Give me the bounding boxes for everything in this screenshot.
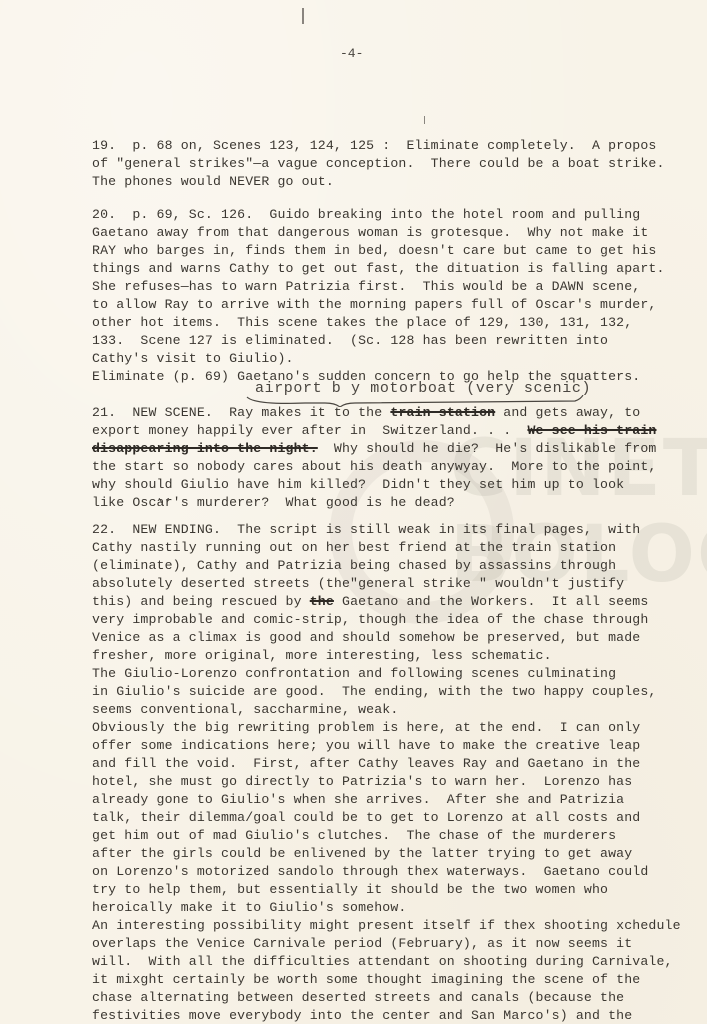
text-line: Cathy nastily running out on her best fr…: [92, 539, 616, 557]
text-line: already gone to Giulio's when she arrive…: [92, 791, 624, 809]
text-line: seems conventional, saccharmine, weak.: [92, 701, 398, 719]
text-line: heroically make it to Giulio's somehow.: [92, 899, 407, 917]
text-line: this) and being rescued by the Gaetano a…: [92, 593, 648, 611]
text-segment: 21. NEW SCENE. Ray makes it to the: [92, 405, 390, 420]
page-number: -4-: [340, 46, 363, 61]
text-line: An interesting possibility might present…: [92, 917, 681, 935]
text-line: chase alternating between deserted stree…: [92, 989, 624, 1007]
text-line: after the girls could be enlivened by th…: [92, 845, 632, 863]
text-line: overlaps the Venice Carnivale period (Fe…: [92, 935, 632, 953]
text-line: of "general strikes"—a vague conception.…: [92, 155, 665, 173]
text-segment: Why should he die? He's dislikable from: [318, 441, 657, 456]
text-line: Cathy's visit to Giulio).: [92, 350, 294, 368]
struck-text: the: [310, 594, 334, 609]
text-line: offer some indications here; you will ha…: [92, 737, 640, 755]
pencil-mark: [424, 116, 425, 124]
text-line: fresher, more original, more interesting…: [92, 647, 552, 665]
text-line: 20. p. 69, Sc. 126. Guido breaking into …: [92, 206, 640, 224]
text-line: Obviously the big rewriting problem is h…: [92, 719, 640, 737]
struck-text: disappearing into the night.: [92, 441, 318, 456]
text-line: 133. Scene 127 is eliminated. (Sc. 128 h…: [92, 332, 608, 350]
text-line: (eliminate), Cathy and Patrizia being ch…: [92, 557, 616, 575]
text-segment: Gaetano and the Workers. It all seems: [334, 594, 649, 609]
text-line: other hot items. This scene takes the pl…: [92, 314, 632, 332]
text-line: 21. NEW SCENE. Ray makes it to the train…: [92, 404, 640, 422]
text-line: and fill the void. First, after Cathy le…: [92, 755, 640, 773]
text-line: disappearing into the night. Why should …: [92, 440, 656, 458]
text-line: to allow Ray to arrive with the morning …: [92, 296, 656, 314]
text-line: talk, their dilemma/goal could be to get…: [92, 809, 640, 827]
struck-text: We see his train: [527, 423, 656, 438]
text-line: why should Giulio have him killed? Didn'…: [92, 476, 624, 494]
text-line: it mixght certainly be worth some though…: [92, 971, 640, 989]
text-line: the start so nobody cares about his deat…: [92, 458, 656, 476]
text-line: The Giulio-Lorenzo confrontation and fol…: [92, 665, 616, 683]
typewritten-page: CINETECA BOLOGNA -4- 19. p. 68 on, Scene…: [0, 0, 707, 1024]
pencil-mark: [302, 8, 304, 24]
text-line: like Oscar's murderer? What good is he d…: [92, 494, 455, 512]
text-line: will. With all the difficulties attendan…: [92, 953, 673, 971]
text-segment: and gets away, to: [495, 405, 640, 420]
text-segment: this) and being rescued by: [92, 594, 310, 609]
text-line: absolutely deserted streets (the"general…: [92, 575, 624, 593]
text-line: festivities move everybody into the cent…: [92, 1007, 632, 1024]
text-line: She refuses—has to warn Patrizia first. …: [92, 278, 640, 296]
struck-text: train station: [390, 405, 495, 420]
text-line: try to help them, but essentially it sho…: [92, 881, 608, 899]
text-line: Venice as a climax is good and should so…: [92, 629, 640, 647]
text-line: hotel, she must go directly to Patrizia'…: [92, 773, 632, 791]
text-line: Gaetano away from that dangerous woman i…: [92, 224, 648, 242]
text-line: in Giulio's suicide are good. The ending…: [92, 683, 656, 701]
pencil-caret-mark: \’: [158, 498, 171, 510]
text-line: export money happily ever after in Switz…: [92, 422, 656, 440]
text-line: on Lorenzo's motorized sandolo through t…: [92, 863, 648, 881]
text-line: things and warns Cathy to get out fast, …: [92, 260, 665, 278]
text-line: 19. p. 68 on, Scenes 123, 124, 125 : Eli…: [92, 137, 656, 155]
text-line: get him out of mad Giulio's clutches. Th…: [92, 827, 616, 845]
text-line: RAY who barges in, finds them in bed, do…: [92, 242, 656, 260]
text-line: 22. NEW ENDING. The script is still weak…: [92, 521, 640, 539]
text-line: The phones would NEVER go out.: [92, 173, 334, 191]
text-segment: export money happily ever after in Switz…: [92, 423, 527, 438]
text-line: very improbable and comic-strip, though …: [92, 611, 648, 629]
